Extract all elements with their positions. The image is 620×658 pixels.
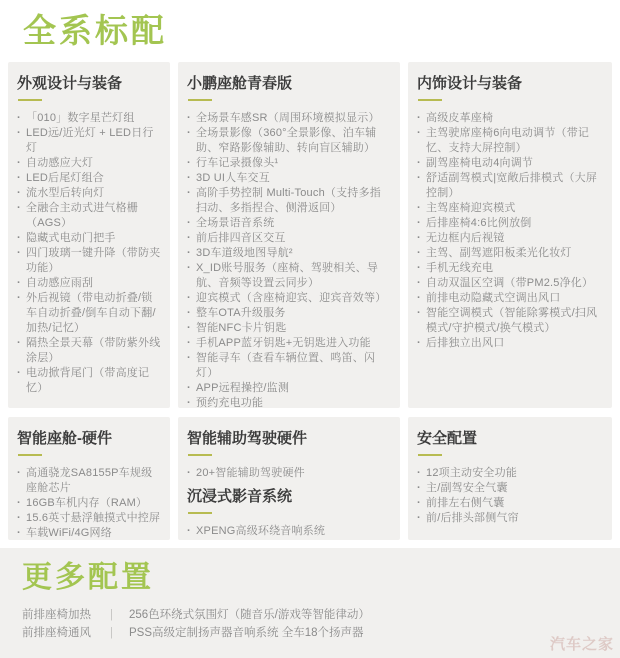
more-config-label: 前排座椅通风 [22, 624, 106, 642]
section-title: 沉浸式影音系统 [187, 488, 391, 507]
spec-section: 沉浸式影音系统XPENG高级环绕音响系统 [187, 488, 391, 539]
section-title: 智能座舱-硬件 [17, 430, 161, 449]
spec-item: 整车OTA升级服务 [187, 306, 391, 321]
spec-item: 自动双温区空调（带PM2.5净化） [417, 276, 603, 291]
section-title: 智能辅助驾驶硬件 [187, 430, 391, 449]
spec-list: XPENG高级环绕音响系统 [187, 524, 391, 539]
spec-section: 内饰设计与装备高级皮革座椅主驾驶席座椅6向电动调节（带记忆、支持大屏控制）副驾座… [417, 75, 603, 351]
section-title-underline [188, 99, 212, 101]
spec-item: 主驾驶席座椅6向电动调节（带记忆、支持大屏控制） [417, 126, 603, 156]
spec-list: 「010」数字星芒灯组LED远/近光灯 + LED日行灯自动感应大灯LED后尾灯… [17, 111, 161, 396]
section-title-underline [18, 99, 42, 101]
spec-item: 3D车道级地图导航² [187, 246, 391, 261]
spec-card: 外观设计与装备「010」数字星芒灯组LED远/近光灯 + LED日行灯自动感应大… [8, 62, 170, 408]
section-title: 安全配置 [417, 430, 603, 449]
spec-item: 主/副驾安全气囊 [417, 481, 603, 496]
spec-item: LED远/近光灯 + LED日行灯 [17, 126, 161, 156]
section-title: 小鹏座舱青春版 [187, 75, 391, 94]
spec-list: 20+智能辅助驾驶硬件 [187, 466, 391, 481]
page-title: 全系标配 [23, 10, 167, 53]
spec-item: 16GB车机内存（RAM） [17, 496, 161, 511]
spec-item: 外后视镜（带电动折叠/锁车自动折叠/倒车自动下翻/加热/记忆） [17, 291, 161, 336]
more-config-label: 前排座椅加热 [22, 606, 106, 624]
spec-item: LED后尾灯组合 [17, 171, 161, 186]
spec-section: 外观设计与装备「010」数字星芒灯组LED远/近光灯 + LED日行灯自动感应大… [17, 75, 161, 396]
more-config-title: 更多配置 [22, 552, 154, 596]
spec-item: 12项主动安全功能 [417, 466, 603, 481]
spec-item: 自动感应雨刮 [17, 276, 161, 291]
spec-section: 智能座舱-硬件高通骁龙SA8155P车规级座舱芯片16GB车机内存（RAM）15… [17, 430, 161, 540]
spec-item: XPENG高级环绕音响系统 [187, 524, 391, 539]
spec-item: 全场景影像（360°全景影像、泊车辅助、窄路影像辅助、转向盲区辅助） [187, 126, 391, 156]
more-config-section: 更多配置 前排座椅加热|256色环绕式氛围灯（随音乐/游戏等智能律动）前排座椅通… [0, 548, 620, 658]
spec-item: APP远程操控/监测 [187, 381, 391, 396]
spec-section: 安全配置12项主动安全功能主/副驾安全气囊前排左右侧气囊前/后排头部侧气帘 [417, 430, 603, 526]
section-title: 内饰设计与装备 [417, 75, 603, 94]
spec-item: 「010」数字星芒灯组 [17, 111, 161, 126]
spec-item: 全融合主动式进气格栅（AGS） [17, 201, 161, 231]
section-title: 外观设计与装备 [17, 75, 161, 94]
spec-item: 隔热全景天幕（带防紫外线涂层） [17, 336, 161, 366]
spec-item: 前后排四音区交互 [187, 231, 391, 246]
spec-item: 迎宾模式（含座椅迎宾、迎宾音效等） [187, 291, 391, 306]
spec-item: 主驾、副驾遮阳板柔光化妆灯 [417, 246, 603, 261]
spec-item: 手机APP蓝牙钥匙+无钥匙进入功能 [187, 336, 391, 351]
spec-card: 智能座舱-硬件高通骁龙SA8155P车规级座舱芯片16GB车机内存（RAM）15… [8, 417, 170, 540]
section-title-underline [418, 99, 442, 101]
spec-item: 电动掀背尾门（带高度记忆） [17, 366, 161, 396]
spec-item: 全场景语音系统 [187, 216, 391, 231]
spec-item: 15.6英寸悬浮触摸式中控屏 [17, 511, 161, 526]
more-config-value: PSS高级定制扬声器音响系统 全车18个扬声器 [129, 624, 610, 642]
spec-item: 后排座椅4:6比例放倒 [417, 216, 603, 231]
spec-item: 隐藏式电动门把手 [17, 231, 161, 246]
spec-item: 高通骁龙SA8155P车规级座舱芯片 [17, 466, 161, 496]
more-config-value: 256色环绕式氛围灯（随音乐/游戏等智能律动） [129, 606, 610, 624]
spec-item: 3D UI人车交互 [187, 171, 391, 186]
spec-list: 12项主动安全功能主/副驾安全气囊前排左右侧气囊前/后排头部侧气帘 [417, 466, 603, 526]
spec-card: 智能辅助驾驶硬件20+智能辅助驾驶硬件沉浸式影音系统XPENG高级环绕音响系统 [178, 417, 400, 540]
autohome-watermark: 汽车之家 [550, 633, 614, 654]
spec-item: 车载WiFi/4G网络 [17, 526, 161, 540]
spec-item: 全场景车感SR（周围环境模拟显示） [187, 111, 391, 126]
spec-item: 行车记录摄像头¹ [187, 156, 391, 171]
spec-item: 四门玻璃一键升降（带防夹功能） [17, 246, 161, 276]
spec-card: 小鹏座舱青春版全场景车感SR（周围环境模拟显示）全场景影像（360°全景影像、泊… [178, 62, 400, 408]
divider-bar: | [110, 606, 113, 624]
spec-card: 安全配置12项主动安全功能主/副驾安全气囊前排左右侧气囊前/后排头部侧气帘 [408, 417, 612, 540]
spec-item: 手机无线充电 [417, 261, 603, 276]
more-rows: 前排座椅加热|256色环绕式氛围灯（随音乐/游戏等智能律动）前排座椅通风|PSS… [22, 606, 610, 642]
spec-item: 20+智能辅助驾驶硬件 [187, 466, 391, 481]
spec-item: 前排电动隐藏式空调出风口 [417, 291, 603, 306]
spec-list: 高级皮革座椅主驾驶席座椅6向电动调节（带记忆、支持大屏控制）副驾座椅电动4向调节… [417, 111, 603, 351]
spec-item: 前/后排头部侧气帘 [417, 511, 603, 526]
spec-item: 高阶手势控制 Multi-Touch（支持多指扫动、多指捏合、侧滑返回） [187, 186, 391, 216]
divider-bar: | [110, 624, 113, 642]
section-title-underline [418, 454, 442, 456]
spec-item: 智能NFC卡片钥匙 [187, 321, 391, 336]
spec-item: 舒适副驾模式|宽敞后排模式（大屏控制） [417, 171, 603, 201]
spec-item: 无边框内后视镜 [417, 231, 603, 246]
spec-item: 流水型后转向灯 [17, 186, 161, 201]
spec-cards-row-1: 外观设计与装备「010」数字星芒灯组LED远/近光灯 + LED日行灯自动感应大… [8, 62, 612, 408]
spec-item: 高级皮革座椅 [417, 111, 603, 126]
spec-section: 小鹏座舱青春版全场景车感SR（周围环境模拟显示）全场景影像（360°全景影像、泊… [187, 75, 391, 408]
spec-list: 高通骁龙SA8155P车规级座舱芯片16GB车机内存（RAM）15.6英寸悬浮触… [17, 466, 161, 540]
spec-item: 智能空调模式（智能除雾模式/扫风模式/守护模式/换气模式） [417, 306, 603, 336]
spec-item: 智能寻车（查看车辆位置、鸣笛、闪灯） [187, 351, 391, 381]
spec-item: X_ID账号服务（座椅、驾驶相关、导航、音频等设置云同步） [187, 261, 391, 291]
spec-item: 后排独立出风口 [417, 336, 603, 351]
spec-item: 主驾座椅迎宾模式 [417, 201, 603, 216]
spec-section: 智能辅助驾驶硬件20+智能辅助驾驶硬件 [187, 430, 391, 481]
section-title-underline [188, 512, 212, 514]
spec-item: 副驾座椅电动4向调节 [417, 156, 603, 171]
section-title-underline [188, 454, 212, 456]
spec-cards-row-2: 智能座舱-硬件高通骁龙SA8155P车规级座舱芯片16GB车机内存（RAM）15… [8, 417, 612, 540]
spec-card: 内饰设计与装备高级皮革座椅主驾驶席座椅6向电动调节（带记忆、支持大屏控制）副驾座… [408, 62, 612, 408]
spec-item: 自动感应大灯 [17, 156, 161, 171]
more-config-row: 前排座椅通风|PSS高级定制扬声器音响系统 全车18个扬声器 [22, 624, 610, 642]
spec-list: 全场景车感SR（周围环境模拟显示）全场景影像（360°全景影像、泊车辅助、窄路影… [187, 111, 391, 408]
spec-item: 预约充电功能 [187, 396, 391, 408]
section-title-underline [18, 454, 42, 456]
spec-item: 前排左右侧气囊 [417, 496, 603, 511]
more-config-row: 前排座椅加热|256色环绕式氛围灯（随音乐/游戏等智能律动） [22, 606, 610, 624]
